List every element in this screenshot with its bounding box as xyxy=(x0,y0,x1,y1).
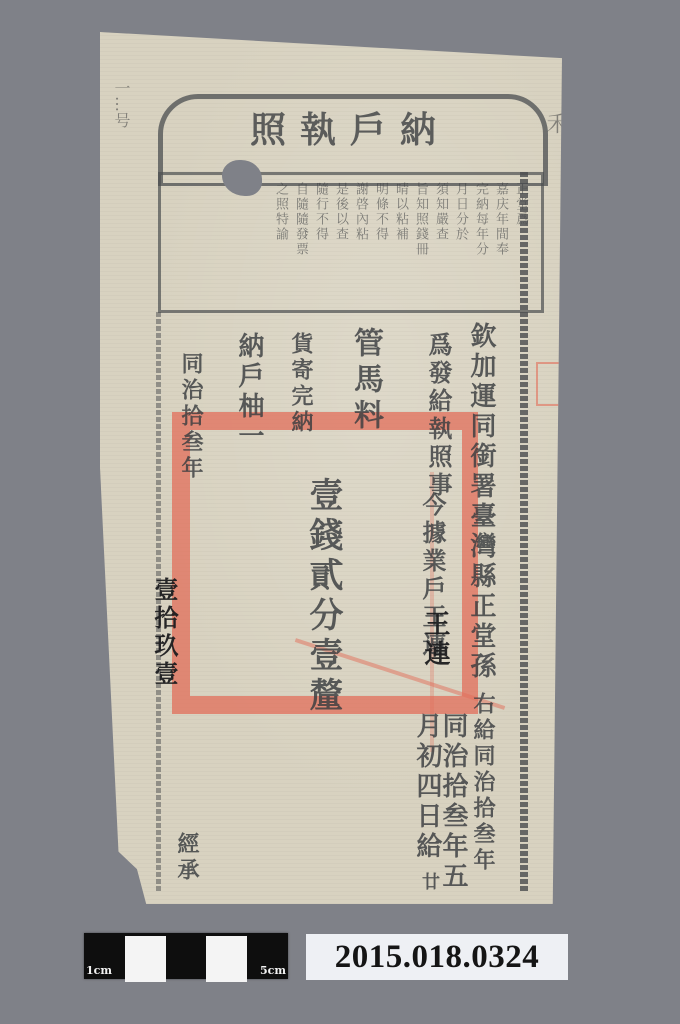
col-fodder: 管馬料 xyxy=(350,327,380,435)
col-right-date: 右給同治拾叁年 xyxy=(472,692,494,874)
col-amount: 壹錢貳分壹釐 xyxy=(306,477,340,717)
col-deliver: 貨寄完納 xyxy=(290,332,312,436)
scale-segment xyxy=(125,936,166,982)
rules-line-8: 明條不得 xyxy=(374,182,387,302)
rules-line-4: 月日分於 xyxy=(454,182,467,302)
rules-line-10: 是後以查 xyxy=(334,182,347,302)
scale-bar: 1cm 5cm xyxy=(84,933,288,979)
document-title: 納戶執照 xyxy=(220,102,480,153)
handwritten-name: 王連 xyxy=(422,610,448,670)
scale-segment xyxy=(206,936,247,982)
rules-line-7: 晴以粘補 xyxy=(394,182,407,302)
col-issue: 爲發給執照事 xyxy=(426,332,450,500)
rules-line-2: 嘉庆年間奉 xyxy=(494,182,507,302)
rules-line-13: 之照特諭 xyxy=(274,182,287,302)
rules-line-9: 謝啓內粘 xyxy=(354,182,367,302)
document-paper: 一…号 禾 納戶執照 正堂爲 嘉庆年間奉 完納每年分 月日分於 須知嚴查 旨知照… xyxy=(100,32,562,904)
col-bottom-mark: 廿 xyxy=(420,872,438,894)
margin-note-left: 一…号 xyxy=(110,80,133,128)
rules-line-6: 旨知照錢冊 xyxy=(414,182,427,302)
scale-label-5cm: 5cm xyxy=(260,964,286,977)
small-red-seal xyxy=(536,362,564,406)
rules-line-12: 自隨隨發票 xyxy=(294,182,307,302)
col-household: 納戶柚一 xyxy=(236,332,262,452)
rules-line-5: 須知嚴查 xyxy=(434,182,447,302)
col-clerk: 經承 xyxy=(176,832,198,884)
catalog-number-label: 2015.018.0324 xyxy=(306,934,568,980)
handwritten-amount: 壹拾玖壹 xyxy=(152,577,176,689)
rules-line-11: 隨行不得 xyxy=(314,182,327,302)
scale-segment xyxy=(166,933,207,979)
col-magistrate: 欽加運同銜署臺灣縣正堂孫 xyxy=(468,322,494,682)
col-year: 同治拾叁年 xyxy=(180,352,202,482)
right-border-line xyxy=(520,172,528,892)
rules-line-3: 完納每年分 xyxy=(474,182,487,302)
scale-label-1cm: 1cm xyxy=(86,964,112,977)
